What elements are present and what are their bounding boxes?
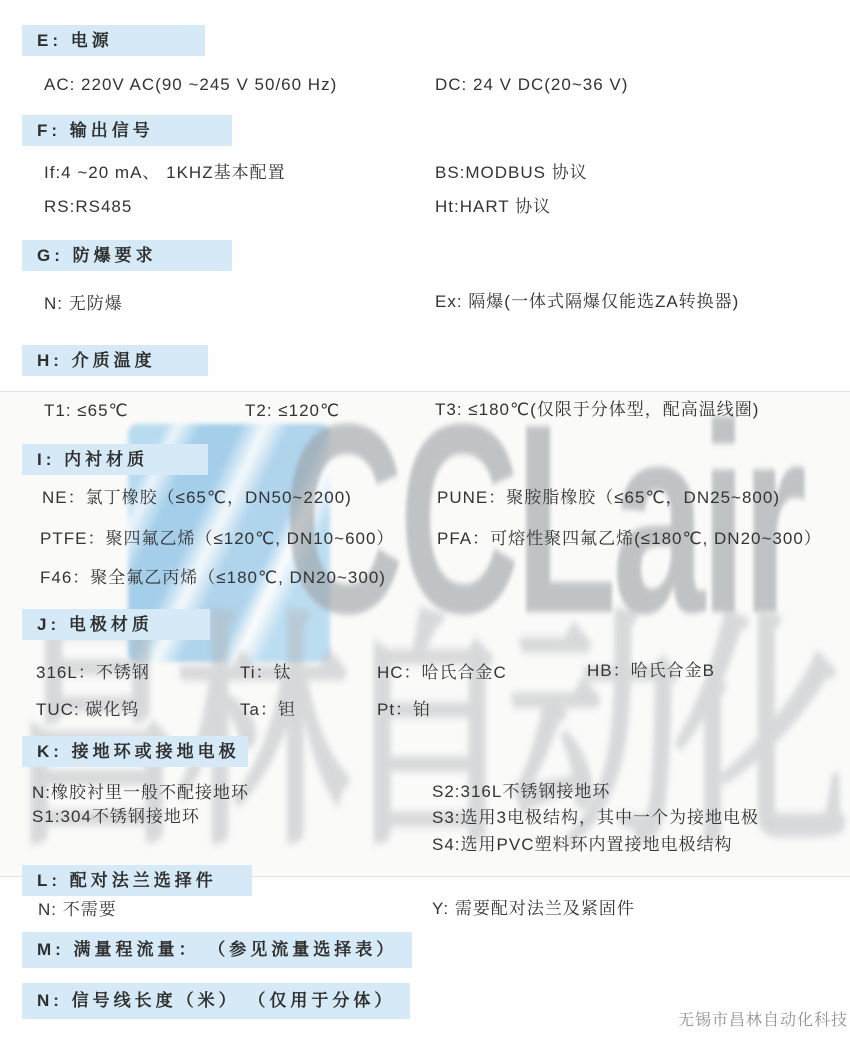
option-item: T3: ≤180℃(仅限于分体型，配高温线圈) xyxy=(435,399,759,421)
option-item: PUNE：聚胺脂橡胶（≤65℃，DN25~800) xyxy=(437,487,780,509)
option-item: NE：氯丁橡胶（≤65℃，DN50~2200) xyxy=(42,487,352,509)
section-header-f: F: 输出信号 xyxy=(22,115,232,146)
option-item: Pt：铂 xyxy=(377,699,431,721)
option-item: RS:RS485 xyxy=(44,196,132,218)
section-header-h: H: 介质温度 xyxy=(22,345,208,376)
option-item: Ex: 隔爆(一体式隔爆仅能选ZA转换器) xyxy=(435,291,739,313)
option-item: HC：哈氏合金C xyxy=(377,662,507,684)
option-item: Y: 需要配对法兰及紧固件 xyxy=(432,898,635,920)
section-header-n: N: 信号线长度（米） （仅用于分体） xyxy=(22,983,410,1019)
section-header-k: K: 接地环或接地电极 xyxy=(22,736,248,767)
section-header-j: J: 电极材质 xyxy=(22,609,210,640)
option-item: 316L：不锈钢 xyxy=(36,662,150,684)
option-item: If:4 ~20 mA、 1KHZ基本配置 xyxy=(44,162,286,184)
option-item: T1: ≤65℃ xyxy=(44,400,129,422)
option-item: HB：哈氏合金B xyxy=(587,660,715,682)
section-header-g: G: 防爆要求 xyxy=(22,240,232,271)
option-item: N:橡胶衬里一般不配接地环 xyxy=(32,782,249,804)
section-header-e: E: 电源 xyxy=(22,25,205,56)
option-item: Ti：钛 xyxy=(240,662,292,684)
option-item: F46：聚全氟乙丙烯（≤180℃, DN20~300) xyxy=(40,567,386,589)
option-item: S3:选用3电极结构，其中一个为接地电极 xyxy=(432,807,759,829)
watermark-company-text: 昌林自动化 xyxy=(8,600,841,870)
option-item: PTFE：聚四氟乙烯（≤120℃, DN10~600） xyxy=(40,528,394,550)
option-item: S2:316L不锈钢接地环 xyxy=(432,781,610,803)
footer-company-name: 无锡市昌林自动化科技 xyxy=(678,1007,848,1030)
option-item: Ht:HART 协议 xyxy=(435,196,551,218)
section-header-i: I: 内衬材质 xyxy=(22,444,208,475)
option-item: TUC: 碳化钨 xyxy=(36,699,139,721)
option-item: N: 无防爆 xyxy=(44,293,123,315)
spec-document: CCLair 昌林自动化 E: 电源 AC: 220V AC(90 ~245 V… xyxy=(0,0,850,1039)
option-item: AC: 220V AC(90 ~245 V 50/60 Hz) xyxy=(44,74,337,96)
option-item: S1:304不锈钢接地环 xyxy=(32,806,200,828)
section-header-m: M: 满量程流量： （参见流量选择表） xyxy=(22,932,412,968)
option-item: BS:MODBUS 协议 xyxy=(435,162,588,184)
option-item: Ta：钽 xyxy=(240,699,296,721)
option-item: DC: 24 V DC(20~36 V) xyxy=(435,74,628,96)
option-item: PFA：可熔性聚四氟乙烯(≤180℃, DN20~300） xyxy=(437,528,822,550)
option-item: N: 不需要 xyxy=(38,899,117,921)
section-header-l: L: 配对法兰选择件 xyxy=(22,865,252,896)
option-item: S4:选用PVC塑料环内置接地电极结构 xyxy=(432,834,732,856)
option-item: T2: ≤120℃ xyxy=(245,400,340,422)
